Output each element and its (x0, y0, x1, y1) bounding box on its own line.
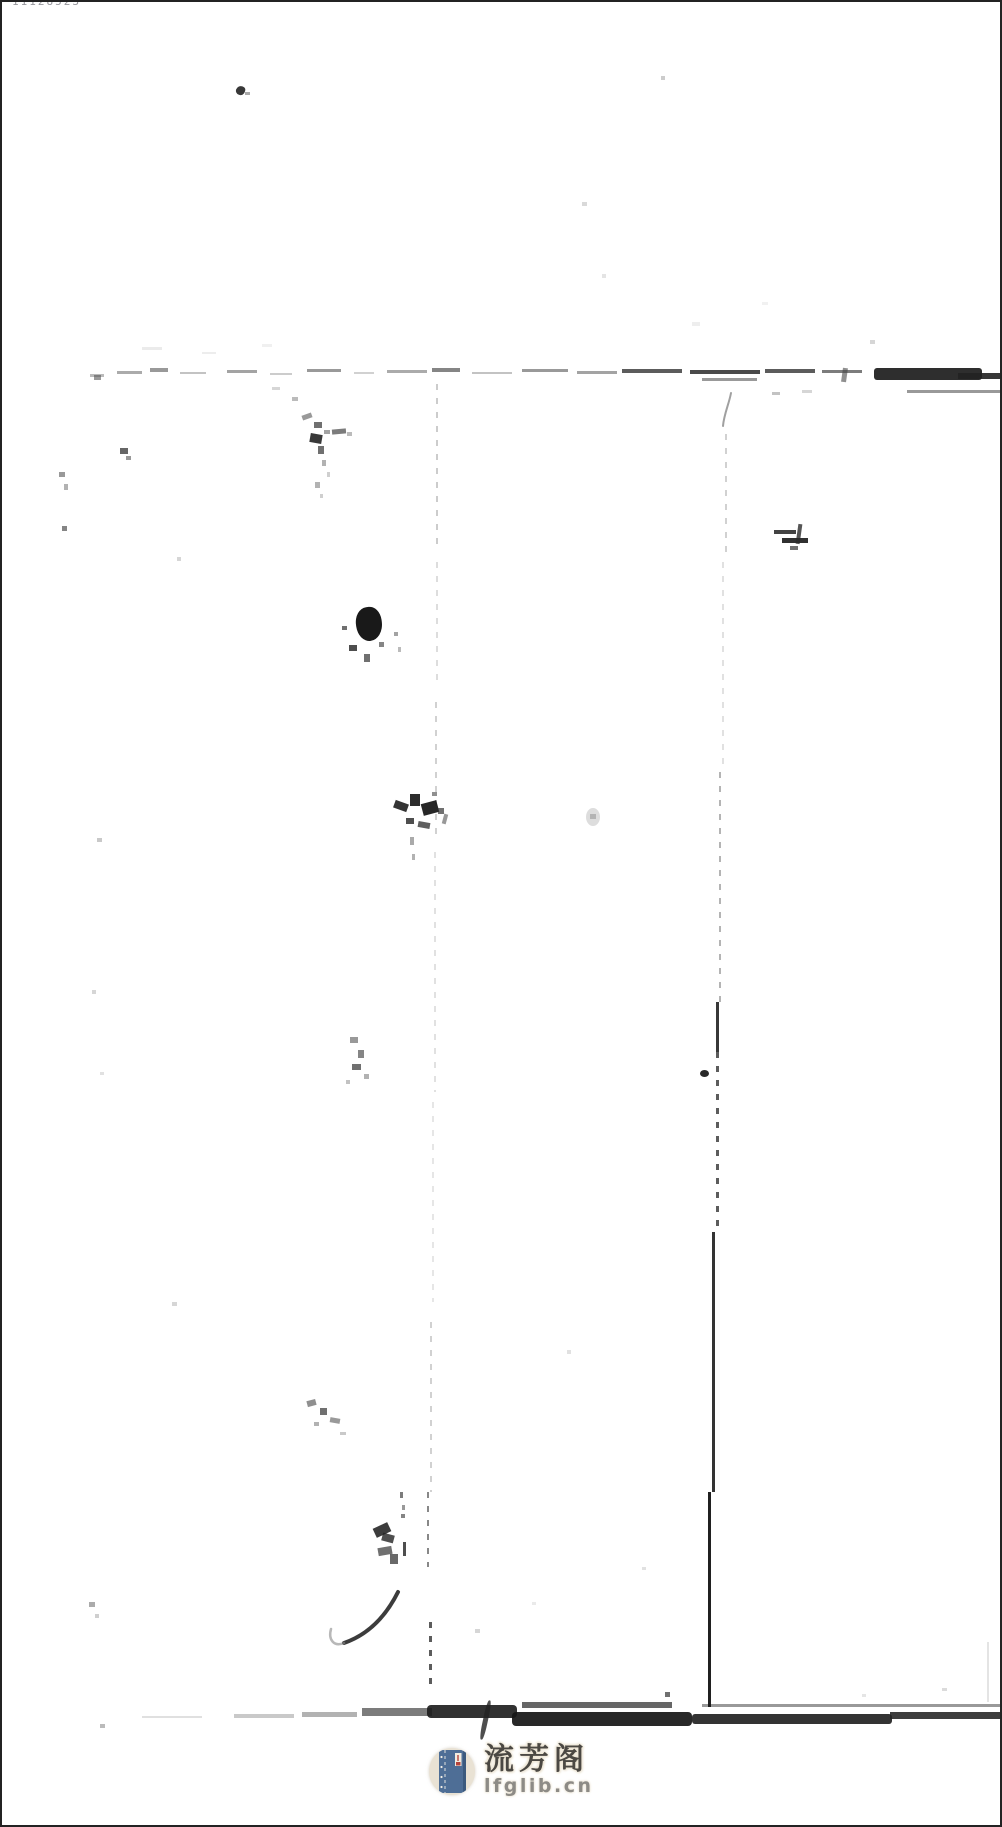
ink-blot (262, 344, 272, 347)
ink-blot (410, 794, 420, 806)
ink-blot (292, 397, 298, 401)
ink-blot (62, 526, 67, 531)
column-line-segment (429, 1622, 432, 1692)
ink-blot (364, 1074, 369, 1079)
ink-blot (172, 1302, 177, 1306)
ink-blot (590, 814, 596, 819)
column-line-segment (436, 562, 438, 682)
ink-blot (332, 428, 346, 434)
ink-blot (665, 1692, 670, 1697)
book-title-label (455, 1753, 462, 1766)
ink-blot (700, 1070, 709, 1077)
column-line-segment (432, 1102, 434, 1302)
frame-rule-segment (227, 370, 257, 373)
ink-blot (314, 1422, 319, 1426)
ink-stroke (344, 1592, 398, 1643)
ink-blot (418, 821, 431, 829)
ink-blot (398, 647, 401, 652)
ink-blot (315, 482, 320, 488)
thread-bound-book-icon (439, 1750, 466, 1793)
frame-rule-segment (302, 1712, 357, 1717)
scanned-page: 11128523 流芳阁 lfglib.cn (0, 0, 1002, 1827)
frame-rule-segment (522, 369, 568, 372)
ink-blot (347, 432, 352, 436)
frame-rule-segment (432, 368, 460, 372)
ink-blot (100, 1072, 104, 1075)
ink-blot (352, 1064, 361, 1070)
ink-blot (401, 1514, 405, 1518)
ink-blot (442, 814, 448, 825)
ink-blot (358, 1050, 364, 1058)
ink-blot (475, 1629, 480, 1633)
ink-blot (245, 92, 250, 95)
ink-stroke (723, 393, 731, 426)
frame-rule-segment (90, 374, 104, 377)
ink-blot (342, 626, 347, 630)
frame-rule-segment (822, 370, 862, 373)
ink-blot (602, 274, 606, 278)
watermark-site-name: 流芳阁 (484, 1744, 594, 1776)
ink-blot (790, 546, 798, 550)
ink-blot (841, 368, 848, 383)
ink-blot (346, 1080, 350, 1084)
frame-rule-segment (150, 368, 168, 372)
frame-rule-segment (577, 371, 617, 374)
ink-blot (479, 1700, 492, 1740)
ink-blot (438, 808, 444, 814)
column-line-segment (436, 384, 438, 544)
ink-stroke (330, 1629, 344, 1644)
ink-blot (306, 1399, 316, 1407)
frame-rule-segment (958, 373, 1002, 379)
ink-blot (272, 387, 280, 390)
frame-rule-segment (354, 372, 374, 374)
frame-rule-segment (387, 370, 427, 373)
ink-blot (642, 1567, 646, 1570)
frame-rule-segment (907, 390, 1002, 393)
frame-rule-segment (180, 372, 206, 374)
frame-rule-segment (142, 1716, 202, 1718)
ink-blot (95, 1614, 99, 1618)
ink-blot (340, 1432, 346, 1435)
frame-rule-segment (874, 368, 982, 380)
column-line-segment (712, 1232, 715, 1492)
ink-blot (142, 347, 162, 350)
column-line-segment (430, 1322, 432, 1492)
ink-blot (582, 202, 587, 206)
ink-blot (349, 645, 357, 651)
ink-blot (862, 1694, 866, 1697)
ink-blot (320, 1408, 327, 1415)
ink-blot (64, 484, 68, 490)
ink-blot (320, 494, 323, 498)
ink-blot (100, 1724, 105, 1728)
ink-blot (94, 375, 101, 380)
frame-rule-segment (622, 369, 682, 373)
ink-blot (318, 446, 324, 454)
ink-blot (692, 322, 700, 326)
ink-blot (393, 800, 409, 812)
ink-blot (377, 1546, 392, 1556)
ink-blot (403, 1542, 406, 1556)
ink-blot (309, 433, 322, 444)
scan-id-text: 11128523 (12, 0, 81, 8)
ink-blot (322, 460, 326, 466)
ink-blot (870, 340, 875, 344)
watermark-circle (429, 1748, 475, 1795)
column-line-segment (716, 1002, 719, 1052)
ink-blot (402, 1505, 405, 1510)
frame-rule-segment (362, 1708, 432, 1716)
column-line-segment (716, 1052, 719, 1232)
ink-blot (327, 472, 330, 477)
frame-rule-segment (690, 370, 760, 374)
column-line-segment (719, 772, 721, 1002)
ink-blot (432, 792, 437, 796)
ink-blot (796, 524, 803, 544)
frame-rule-segment (117, 371, 142, 374)
frame-rule-segment (765, 369, 815, 373)
frame-rule-segment (522, 1702, 672, 1708)
frame-rule-segment (270, 373, 292, 375)
ink-blot (532, 1602, 536, 1605)
ink-blot (772, 392, 780, 395)
ink-blot (774, 530, 796, 534)
ink-blot (379, 642, 384, 647)
ink-blot (373, 1522, 392, 1538)
ink-blot (381, 1533, 395, 1544)
frame-rule-segment (427, 1705, 517, 1718)
frame-rule-segment (234, 1714, 294, 1718)
column-line-segment (725, 434, 727, 554)
ink-blot (202, 352, 216, 354)
ink-blot (661, 76, 665, 80)
ink-blot (59, 472, 65, 477)
frame-rule-segment (890, 1712, 1002, 1719)
ink-blot (89, 1602, 95, 1607)
ink-blot (586, 808, 600, 826)
frame-rule-segment (702, 1704, 1002, 1707)
ink-blot (97, 838, 102, 842)
column-line-segment (722, 562, 724, 772)
ink-blot (394, 632, 398, 636)
ink-blot (412, 854, 415, 860)
ink-blot (92, 990, 96, 994)
ink-blot (324, 430, 330, 434)
column-line-segment (427, 1492, 429, 1567)
ink-blot (410, 837, 414, 845)
ink-blot (235, 85, 247, 97)
frame-rule-segment (692, 1714, 892, 1724)
ink-blot (354, 605, 384, 642)
ink-blot (567, 1350, 571, 1354)
frame-rule-segment (512, 1712, 692, 1726)
frame-rule-segment (472, 372, 512, 374)
column-line-segment (987, 1642, 989, 1702)
ink-blot (942, 1688, 947, 1691)
ink-blot (126, 456, 131, 460)
ink-blot (364, 654, 370, 662)
frame-rule-segment (307, 369, 341, 372)
ink-blot (400, 1492, 403, 1498)
ink-blot (762, 302, 768, 305)
ink-blot (406, 818, 414, 824)
watermark-site-domain: lfglib.cn (484, 1776, 594, 1796)
column-line-segment (435, 702, 437, 842)
ink-blot (330, 1417, 341, 1424)
ink-blot (802, 390, 812, 393)
ink-blot (421, 800, 440, 816)
ink-blot (177, 557, 181, 561)
ink-blot (350, 1037, 358, 1043)
column-line-segment (708, 1492, 711, 1707)
ink-blot (782, 538, 808, 543)
ink-blot (120, 448, 128, 454)
ink-strokes (2, 2, 1002, 1827)
ink-blot (390, 1554, 398, 1564)
frame-rule-segment (702, 378, 757, 381)
ink-blot (314, 422, 322, 428)
watermark: 流芳阁 lfglib.cn (429, 1744, 594, 1796)
ink-blot (301, 412, 312, 420)
column-line-segment (434, 852, 436, 1092)
